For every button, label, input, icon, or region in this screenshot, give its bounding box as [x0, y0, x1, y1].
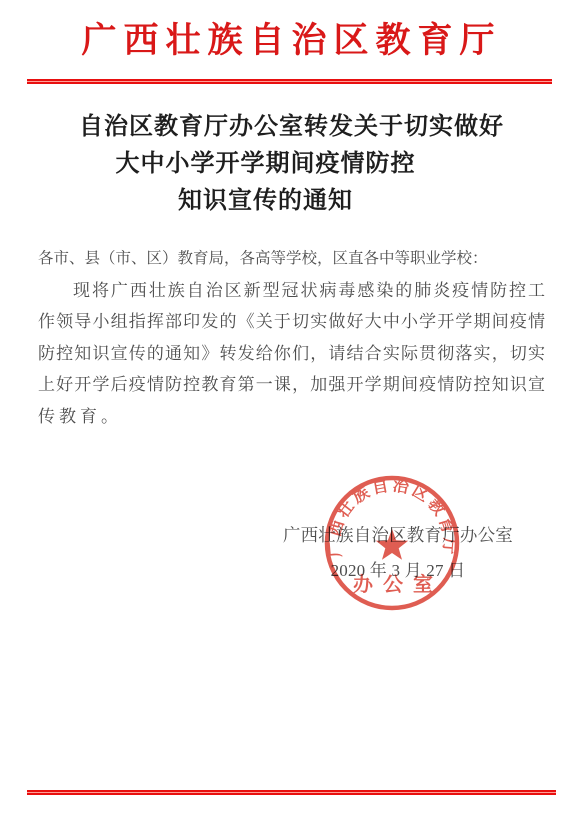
title-line-2: 大中小学开学期间疫情防控: [0, 146, 557, 183]
body-line: 作领导小组指挥部印发的《关于切实做好大中小学开学期间疫情: [38, 306, 545, 338]
signature-block: 广西壮族自治区教育厅办公室 2020 年 3 月 27 日: [283, 518, 513, 588]
signature-office: 广西壮族自治区教育厅办公室: [283, 518, 513, 553]
document-body: 各市、县（市、区）教育局，各高等学校，区直各中等职业学校： 现将广西壮族自治区新…: [38, 243, 545, 432]
signature-date: 2020 年 3 月 27 日: [283, 553, 513, 588]
document-title: 自治区教育厅办公室转发关于切实做好 大中小学开学期间疫情防控 知识宣传的通知: [0, 109, 583, 220]
header-divider-rule: [27, 79, 552, 84]
agency-header: 广西壮族自治区教育厅: [0, 20, 583, 62]
title-line-3: 知识宣传的通知: [0, 183, 557, 220]
document-page: 广西壮族自治区教育厅 自治区教育厅办公室转发关于切实做好 大中小学开学期间疫情防…: [0, 0, 583, 818]
body-line: 现将广西壮族自治区新型冠状病毒感染的肺炎疫情防控工: [38, 275, 545, 307]
title-line-1: 自治区教育厅办公室转发关于切实做好: [0, 109, 583, 146]
body-line: 上好开学后疫情防控教育第一课，加强开学期间疫情防控知识宣: [38, 369, 545, 401]
body-line: 传教育。: [38, 401, 545, 433]
salutation-line: 各市、县（市、区）教育局，各高等学校，区直各中等职业学校：: [38, 243, 545, 275]
body-line: 防控知识宣传的通知》转发给你们，请结合实际贯彻落实，切实: [38, 338, 545, 370]
footer-rule: [27, 790, 556, 795]
